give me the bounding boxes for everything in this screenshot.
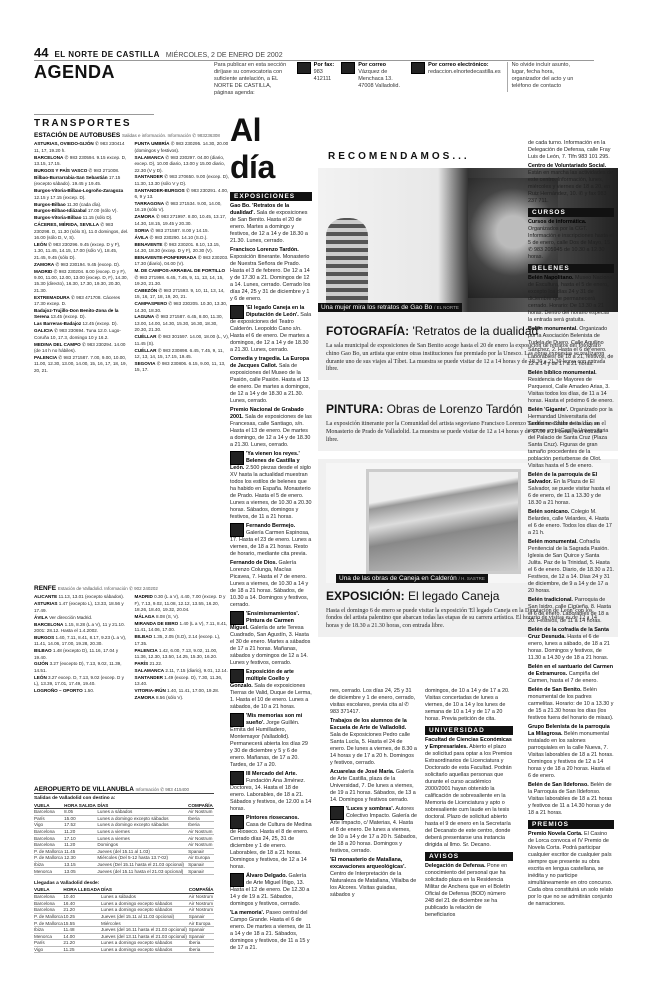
listing-entry: Belén bíblico monumental. Residencia de … [528,370,614,405]
table-cell: Miércoles (Del 5-12 hasta 13.7-02) [97,855,188,862]
destination: MADRID [135,594,153,599]
destination: ÁVILA [34,615,48,620]
entry-title: 'Luces y sombras'. [346,806,394,812]
woman-figure [326,218,368,308]
entry-title: Belén tradicional. [528,597,573,603]
table-cell: 10.40 [63,893,101,900]
entry-title: III Mercado del Arte. [246,771,297,777]
schedule-entry: MADRID 0.30 (L a V), 4.40, 7.00 (excep. … [135,594,231,613]
lower-column-1: nes, cerrado. Los días 24, 25 y 31 de di… [330,688,418,901]
listing-entry: Fernando Bermejo. Galería Carmen Espinos… [230,523,312,558]
schedule-times: 17.00 (sólo V). [88,208,118,213]
table-row: P. de Mallorca10.25Jueves (del 15.11 al … [34,913,214,920]
transport-heading: TRANSPORTES [34,118,154,129]
table-row: Barcelona11.20Lunes a viernesAir Nostrum [34,828,214,835]
schedule-entry: ASTURIAS 1.47 (excepto L), 13.33, 18.56 … [34,601,130,614]
belenes-label: BELENES [528,264,614,273]
entry-title: Comedia y tragedia. La Europa de Jacques… [230,356,309,369]
table-cell: Lunes a domingo excepto sábados [101,940,189,947]
schedule-times: ✆ 983 230296. 9.45 (excep. D y F), 1.30,… [34,242,120,260]
table-cell: Iberia [188,815,214,822]
destination: PARÍS [135,661,149,666]
table-cell: Air Nostrum [188,835,214,842]
entry-text: Galería de arte Teresa Cuadrado, San Agu… [230,625,310,666]
table-cell: Iberia [189,940,214,947]
table-cell: Spanair [189,933,214,940]
schedule-entry: MADRID ✆ 983 230204. 8.00 (excep. D y F)… [34,269,130,295]
section-title: AGENDA [34,62,115,83]
table-cell: Lunes a domingo excepto sábados [97,815,188,822]
rec-kicker: FOTOGRAFÍA: [326,324,409,338]
table-cell: Air Nostrum [189,907,214,914]
listing-entry: Belén sonicano. Colegio M. Belardes, cal… [528,509,614,537]
schedule-times: 1.50. [84,688,94,693]
destination: BILBAO [34,648,52,653]
schedule-entry: SANTANDER-BURGOS ✆ 983 230291. 4.00, 6, … [135,188,231,201]
schedule-entry: CUÉLLAR ✆ 983 230898. 6.45, 7.45, 9, 11,… [135,348,231,361]
fax-label: Por fax: [314,62,336,69]
table-cell: Barcelona [34,835,64,842]
table-cell: Ibiza [34,861,64,868]
entry-title: Centro de Voluntariado Social. [528,163,606,169]
schedule-times: 11.13, 13.01 (excepto sábados). [59,594,125,599]
schedule-times: 21.22. [149,661,162,666]
universidad-label: UNIVERSIDAD [425,726,513,735]
destination: ASTURIAS [34,601,57,606]
table-cell: Jueves (del 16.11 hasta el 21.03 opciona… [101,926,189,933]
al-dia-column: Al día EXPOSICIONES Gao Bo. 'Retratos de… [230,112,312,954]
renfe-heading: RENFE Estación de Valladolid. Informació… [34,586,230,592]
fax-icon [297,62,311,74]
entry-text: Residencia de Mayores de Parquesol, Call… [528,377,614,404]
table-row: P. de Mallorca11.45Jueves (del 15.11 al … [34,848,214,855]
table-cell: 8.05 [64,809,97,816]
entry-text: Centro de Interpretación de la Naturalez… [330,871,416,898]
schedule-entry: VITORIA-IRÚN 1.40, 11.41, 17.00, 19.28. [135,688,231,694]
schedule-entry: ALICANTE 11.13, 13.01 (excepto sábados). [34,594,130,600]
entry-text: 2.500 piezas desde el siglo XV hasta la … [230,465,312,520]
table-row: Barcelona21.20Lunes a domingo excepto sá… [34,907,214,914]
listing-entry: Belén monumental. Cofradía Penitencial d… [528,539,614,595]
table-row: Barcelona16.40Lunes a domingo excepto sá… [34,900,214,907]
painting [366,469,521,574]
destination: MEDINA DEL CAMPO [34,342,81,347]
table-cell: Air Europa [189,920,214,927]
photo-caption: Una mujer mira los retratos de Gao Bo / … [318,303,462,312]
table-cell: París [34,815,64,822]
entry-text: Galería Lorenzo Colunga, Macías Picavea,… [230,560,308,608]
listing-entry: Pintores riosecanos. Casa de Cultura de … [230,815,312,871]
airport-heading: AEROPUERTO DE VILLANUBLA Información ✆ 9… [34,786,214,794]
destination: Las Barreras-Badajoz [34,321,81,326]
entry-title: Belén sonicano. [528,509,569,515]
table-cell: 16.40 [63,900,101,907]
issue-date: MIÉRCOLES, 2 DE ENERO DE 2002 [166,52,283,59]
table-row: París21.20Lunes a domingo excepto sábado… [34,940,214,947]
entry-text: Organizados por la CGT. Información e in… [528,226,614,260]
schedule-times: 8.08 (S, V). [156,614,179,619]
schedule-entry: Burgos-Vitoria-Bilbao 11.15 (sólo D). [34,215,130,221]
table-cell: Domingos [97,841,188,848]
entry-text: Sala de Exposiciones Pedro calle Santa L… [330,732,417,766]
table-cell: Lunes a domingo excepto sábados [101,946,189,953]
destination: PUNTA UMBRÍA [135,141,170,146]
schedule-times: 8.56 (sólo V). [156,695,183,700]
rec-title: El legado Caneja [408,589,499,603]
schedule-times: 12.15 y 17.15 (excep. D). [34,195,86,200]
listing-entry: Exposición de arte múltiple Coello y Gon… [230,669,312,711]
table-cell: Air Nostrum [188,841,214,848]
entry-title: Belén bíblico monumental. [528,370,597,376]
listing-entry: Álvaro Delgado. Galería de Arte Miguel Í… [230,873,312,908]
table-cell: 11.20 [64,828,97,835]
listing-entry: 'Luces y sombras'. Autores Colectivo Imp… [330,806,418,855]
schedule-entry: GIJÓN 3.27 (excepto D), 7.13, 9.02, 11.3… [34,661,130,674]
entry-text: Sala de exposiciones del Teatro Calderón… [230,312,311,353]
destination: LOGROÑO – OPORTO [34,688,83,693]
destination: Burgos-Bilbao [34,202,66,207]
table-row: Vigo17.52Lunes a domingo excepto sábados… [34,822,214,829]
listing-entry: Trabajos de los alumnos de la Escuela de… [330,718,418,767]
calendar-icon [230,713,244,727]
destination: VITORIA-IRÚN [135,688,166,693]
entry-title: Delegación de Defensa. [425,863,486,869]
schedule-entry: BARCELONA 1.15, 8.28 (L a V), 11 y 21.10… [34,622,130,635]
table-cell: Barcelona [34,841,64,848]
rec-kicker: EXPOSICIÓN: [326,589,405,603]
table-cell: Lunes a viernes [97,828,188,835]
schedule-times: 12.45 (excep. D). [83,321,118,326]
calendar-icon [230,873,244,887]
entry-text: Pone en conocimiento del personal que ha… [425,863,510,918]
table-cell: 17.52 [64,822,97,829]
listing-entry: Gao Bo. 'Retratos de la dualidad'. Sala … [230,203,312,245]
destination: SANTANDER [135,174,164,179]
table-cell: Barcelona [34,828,64,835]
schedule-entry: BILBAO 1.35, 2.05 (S.D), 2.14 (excep. L)… [135,634,231,647]
entry-text: Organizado por la Hermandad Universitari… [528,407,613,469]
renfe-title: RENFE [34,585,56,592]
destination: SANTANDER [135,675,164,680]
table-cell: Lunes a sábados [97,809,188,816]
entry-text: nes, cerrado. Los días 24, 25 y 31 de di… [330,688,415,715]
table-cell: París [34,940,63,947]
schedule-entry: BENAVENTE ✆ 983 230201. 8.10, 13.15, 14.… [135,242,231,255]
exposiciones-label: EXPOSICIONES [230,192,312,201]
rec-title: Obras de Lorenzo Tardón [387,402,523,416]
contact-mail: Por correoVázquez de Menchaca 13. 47008 … [341,62,405,92]
destination: BURGOS [34,635,54,640]
destination: LAGUNA [135,314,155,319]
entry-title: 'La memoria'. [230,910,264,916]
schedule-entry: ZAMORA ✆ 983 271997. 8.00, 10.45, 13.17,… [135,214,231,227]
destination: ZAMORA [34,262,54,267]
listing-entry: Centro de Voluntariado Social. Están en … [528,163,614,205]
calendar-icon [230,815,244,829]
entry-title: Cursos de informática. [528,219,586,225]
destination: BILBAO [135,634,153,639]
schedule-times: ✆ 983 230290. 14.10 (S.D.). [150,235,208,240]
table-cell: 12.30 [64,855,97,862]
mail-address: Vázquez de Menchaca 13. 47008 Valladolid… [358,69,400,89]
destination: PALENCIA [135,648,158,653]
calendar-icon [230,305,244,319]
exposiciones-list: Gao Bo. 'Retratos de la dualidad'. Sala … [230,203,312,952]
entry-title: Belén monumental. [528,326,578,332]
contact-fax: Por fax:983 412111 [297,62,336,92]
bus-station-listing: ESTACIÓN DE AUTOBUSES Salidas e informac… [34,130,230,580]
listing-entry: 'Mis memorias son mi sueño'. Jorge Guill… [230,713,312,769]
schedule-entry: Las Barreras-Badajoz 12.45 (excep. D). [34,321,130,327]
table-cell: Barcelona [34,809,64,816]
entry-text: Museo Nacional de Escultura, hasta el 5 … [528,275,614,323]
table-row: P. de Mallorca15.55MiércolesAir Europa [34,920,214,927]
entry-title: Fernando de Dios. [230,560,277,566]
schedule-times: 13.45 (excep. D). [51,314,86,319]
schedule-entry: ÁVILA Ver dirección Madrid. [34,615,130,621]
table-cell: P. de Mallorca [34,855,64,862]
schedule-entry: LAGUNA ✆ 983 271587. 6.45, 8.00, 11.30, … [135,314,231,333]
entry-text: Están en marcha las actividades de este … [528,170,613,204]
entry-text: Paseo central del Campo Grande. Hasta el… [230,910,311,951]
bus-station-heading: ESTACIÓN DE AUTOBUSES Salidas e informac… [34,133,230,139]
schedule-entry: Bilbao-Burrarrabia-San Sebastián 17.15 (… [34,175,130,188]
photo-credit: / EL NORTE [434,305,459,310]
destination: ZAMORA [135,695,155,700]
schedule-entry: MÁLAGA 8.08 (S, V). [135,614,231,620]
table-cell: Air Europa [188,855,214,862]
listing-entry: Belén monumental. Organizado por la Asoc… [528,326,614,368]
schedule-entry: Burgos-Bilbao 11.30 (cada día). [34,202,130,208]
transport-section: TRANSPORTES [34,114,154,129]
photo-caption: Una de las obras de Caneja en Calderón /… [336,574,488,583]
photo-credit: / H. SASTRE [459,576,485,581]
destination: CUÉLLAR [135,334,157,339]
table-cell: Lunes a domingo excepto sábados [101,907,189,914]
email-label: Por correo electrónico: [428,62,500,69]
schedule-times: 1.40, 11.41, 17.00, 19.28. [167,688,219,693]
destination: MADRID [34,269,52,274]
entry-text: Abierto el plazo de solicitud para optar… [425,744,512,848]
schedule-entry: PARÍS 21.22. [135,661,231,667]
calendar-icon [230,451,244,465]
schedule-entry: Burgos-Vitoria-Bilbao-Logroño-Zaragoza 1… [34,188,130,201]
schedule-entry: SEGOVIA ✆ 983 230806. 6.15, 9.00, 11, 13… [135,361,231,374]
renfe-info: Estación de Valladolid. Información ✆ 90… [58,586,158,591]
destination: SALAMANCA [135,155,165,160]
schedule-entry: Badajoz-Trujillo-Don Benito-Zona de la S… [34,308,130,321]
schedule-times: 11.30 (cada día). [67,202,101,207]
table-cell: Spanair [188,868,214,875]
destination: CABEZÓN [135,288,158,293]
contact-email: Por correo electrónico:redaccion.elnorte… [411,62,500,92]
destination: ÁVILA [135,235,149,240]
schedule-entry: BURGOS Y PAÍS VASCO ✆ 983 271008. [34,168,130,174]
destination: Bilbao-Burrarrabia-San Sebastián [34,175,108,180]
table-cell: Ibiza [34,926,63,933]
entry-title: Acuarelas de José María. [330,769,394,775]
table-cell: Lunes a viernes [97,835,188,842]
arrivals-caption: Llegadas a Valladolid desde: [34,881,214,886]
mail-label: Por correo [358,62,405,69]
table-cell: 14.00 [63,933,101,940]
table-cell: 11.45 [64,848,97,855]
destination: SANTANDER-BURGOS [135,188,185,193]
entry-title: Fernando Bermejo. [246,523,295,529]
schedule-entry: LEÓN 3.27 excep. D, 7.13, 9.02 (excep. D… [34,675,130,688]
entry-title: Trabajos de los alumnos de la Escuela de… [330,718,407,731]
schedule-entry: CABEZÓN ✆ 983 271593. 9, 10, 11, 13, 14,… [135,288,231,301]
al-dia-title: Al día [230,112,312,186]
destination: ALICANTE [34,594,57,599]
fax-number: 983 412111 [314,69,332,82]
table-cell: Vigo [34,946,63,953]
arrivals-table: VUELAHORA LLEGADADÍASCOMPAÑÍABarcelona10… [34,887,214,953]
table-cell: 21.20 [63,907,101,914]
destination: MIRANDA DE EBRO [135,621,179,626]
table-cell: Air Nostrum [188,809,214,816]
listing-entry: Cursos de informática. Organizados por l… [528,219,614,261]
computer-icon [411,62,425,74]
destination: BENAVENTE-PONFERRADA [135,255,197,260]
schedule-entry: SANTANDER 1.49 (excep. D), 7.30, 11.36, … [135,675,231,688]
table-cell: Lunes a domingo excepto sábados [97,822,188,829]
schedule-times: Ver dirección Madrid. [49,615,92,620]
destination: Burgos-Vitoria-Bilbao-Logroño-Zaragoza [34,188,123,193]
schedule-entry: MEDINA DEL CAMPO ✆ 983 230294. 14.00 (de… [34,342,130,355]
table-cell: Iberia [189,946,214,953]
destination: CÁCERES, MÉRIDA, SEVILLA [34,222,99,227]
table-cell: Menorca [34,933,63,940]
schedule-times: 3.27 excep. D, 7.13, 9.02 (excep. D y L)… [34,675,124,686]
table-cell: Menorca [34,868,64,875]
listing-entry: Belén 'Gigante'. Organizado por la Herma… [528,407,614,470]
departures-caption: Salidas de Valladolid con destino a: [34,796,214,801]
destination: Burgos-Bilbao-Idiázabal [34,208,87,213]
schedule-entry: M. DE CAMPOS-ARRABAL DE PORTILLO ✆ 983 2… [135,268,231,287]
listing-entry: nes, cerrado. Los días 24, 25 y 31 de di… [330,688,418,716]
entry-text: Sala de exposiciones del Museo de la Pas… [230,363,310,404]
page-folio: 44 EL NORTE DE CASTILLA MIÉRCOLES, 2 DE … [34,45,594,61]
destination: BURGOS Y PAÍS VASCO [34,168,87,173]
table-cell: Air Nostrum [189,893,214,900]
table-cell: P. de Mallorca [34,913,63,920]
table-cell: Barcelona [34,893,63,900]
table-row: Menorca13.05Jueves (del 15.11 hasta el 2… [34,868,214,875]
listing-entry: Delegación de Defensa. Pone en conocimie… [425,863,513,919]
listing-entry: Premio Nacional de Grabado 2001. Sala de… [230,407,312,449]
schedule-times: 3.27 (excepto D), 7.13, 9.02, 11.39, 14.… [34,661,122,672]
entry-title: Pintores riosecanos. [246,815,299,821]
table-cell: Barcelona [34,907,63,914]
listing-entry: Comedia y tragedia. La Europa de Jacques… [230,356,312,405]
schedule-times: ✆ 983 271587. 8.00 y 14.15. [150,228,209,233]
airport-info: Información ✆ 983 415400 [135,787,189,792]
table-row: Barcelona10.40Lunes a sábadosAir Nostrum [34,893,214,900]
destination: EXTREMADURA [34,295,70,300]
entry-title: Belén de San Benito. [528,687,582,693]
schedule-times: ✆ 983 271008. [89,168,120,173]
schedule-entry: ÁVILA ✆ 983 230290. 14.10 (S.D.). [135,235,231,241]
right-column: de cada turno. Información en la Delegac… [528,140,614,910]
schedule-times: ✆ 983 271998. 6.45, 7.45, 9, 11, 13, 14,… [135,275,224,286]
schedule-entry: CÁCERES, MÉRIDA, SEVILLA ✆ 983 230298. D… [34,222,130,241]
table-cell: 11.48 [63,926,101,933]
entry-text: Belén monumental instalado en los salone… [528,731,614,779]
departures-table: VUELAHORA SALIDADÍASCOMPAÑÍABarcelona8.0… [34,802,214,875]
schedule-times: 11.15 (sólo D). [83,215,113,220]
listing-entry: Facultad de Ciencias Económicas y Empres… [425,737,513,849]
table-cell: Air Nostrum [188,828,214,835]
schedule-entry: GALICIA ✆ 983 230694. Tuna 12.0. Lugo-Co… [34,328,130,341]
schedule-entry: MIRANDA DE EBRO 1.40 (L a V), 7.11, 8.41… [135,621,231,634]
avisos-label: AVISOS [425,852,513,861]
table-cell: P. de Mallorca [34,848,64,855]
listing-text: domingos, de 10 a 14 y de 17 a 20. Visit… [425,688,513,723]
listing-entry: 'Ya vienen los reyes.' Belenes de Castil… [230,451,312,521]
schedule-entry: LEÓN ✆ 983 230296. 9.45 (excep. D y F), … [34,242,130,261]
table-cell: 17.10 [64,835,97,842]
table-cell: Lunes a sábados [101,893,189,900]
destination: GALICIA [34,328,53,333]
entry-text: Cofradía Penitencial de la Sagrada Pasió… [528,539,614,594]
entry-title: Álvaro Delgado. [246,873,287,879]
schedule-entry: SORIA ✆ 983 271587. 8.00 y 14.15. [135,228,231,234]
entry-title: 'El legado Caneja en la Diputación de Le… [246,305,304,318]
listing-entry: III Mercado del Arte. Fundación Ana Jimé… [230,771,312,813]
table-cell: Jueves (del 15.11 al 1.03) [97,848,188,855]
table-row: Ibiza13.15Jueves (Del 15.11 hasta el 21.… [34,861,214,868]
calendar-icon [230,523,244,537]
contact-intro-text: Para publicar en esta sección diríjase s… [214,62,291,92]
entry-title: Francisco Lorenzo Tardón. [230,247,299,253]
table-cell: Barcelona [34,900,63,907]
entry-title: Belén monumental. [528,539,578,545]
page-number: 44 [34,45,48,60]
listing-entry: Francisco Lorenzo Tardón. Exposición iti… [230,247,312,303]
premios-label: PREMIOS [528,820,614,829]
table-cell: 10.25 [63,913,101,920]
airport-section: AEROPUERTO DE VILLANUBLA Información ✆ 9… [34,783,214,953]
schedule-entry: Burgos-Bilbao-Idiázabal 17.00 (sólo V). [34,208,130,214]
schedule-entry: EXTREMADURA ✆ 983 471708. Cáceres 17.30 … [34,295,130,308]
schedule-entry: CUÉLLAR ✆ 983 301597. 14.00, 18.00 (L, V… [135,334,231,347]
table-cell: Iberia [188,822,214,829]
calendar-icon [230,611,244,625]
entry-text: Jorge Guillén. Ermita del Humilladero, M… [230,720,308,768]
email-address[interactable]: redaccion.elnortedecastilla.es [428,69,500,75]
table-row: P. de Mallorca12.30Miércoles (Del 5-12 h… [34,855,214,862]
photo-caption-text: Una de las obras de Caneja en Calderón [339,575,457,582]
listing-entry: 'La memoria'. Paseo central del Campo Gr… [230,910,312,952]
contact-note: No olvide incluir asunto, lugar, fecha h… [507,62,584,92]
table-cell: Jueves (Del 15.11 hasta el 21.03 opciona… [97,861,188,868]
entry-text: Exposición itinerante. Monasterio de Nue… [230,254,310,302]
listing-entry: Acuarelas de José María. Galería de Arte… [330,769,418,804]
schedule-entry: BARCELONA ✆ 983 230594. 9.15 excep. D, 1… [34,155,130,168]
table-cell: Spanair [189,926,214,933]
schedule-entry: ZAMORA ✆ 983 230194. 9.45 (excep. D). [34,262,130,268]
cursos-label: CURSOS [528,208,614,217]
envelope-icon [341,62,355,74]
listing-entry: de cada turno. Información en la Delegac… [528,140,614,161]
schedule-entry: BILBAO 1.48 (excepto D), 11.16, 17.04 y … [34,648,130,661]
destination: LEÓN [34,675,47,680]
rec-kicker: PINTURA: [326,402,383,416]
table-row: Menorca14.00Jueves (del 13.11 hasta el 2… [34,933,214,940]
schedule-entry: ASTURIAS, OVIEDO-GIJÓN ✆ 983 230414 11, … [34,141,130,154]
table-cell: Lunes a domingo excepto sábados [101,900,189,907]
